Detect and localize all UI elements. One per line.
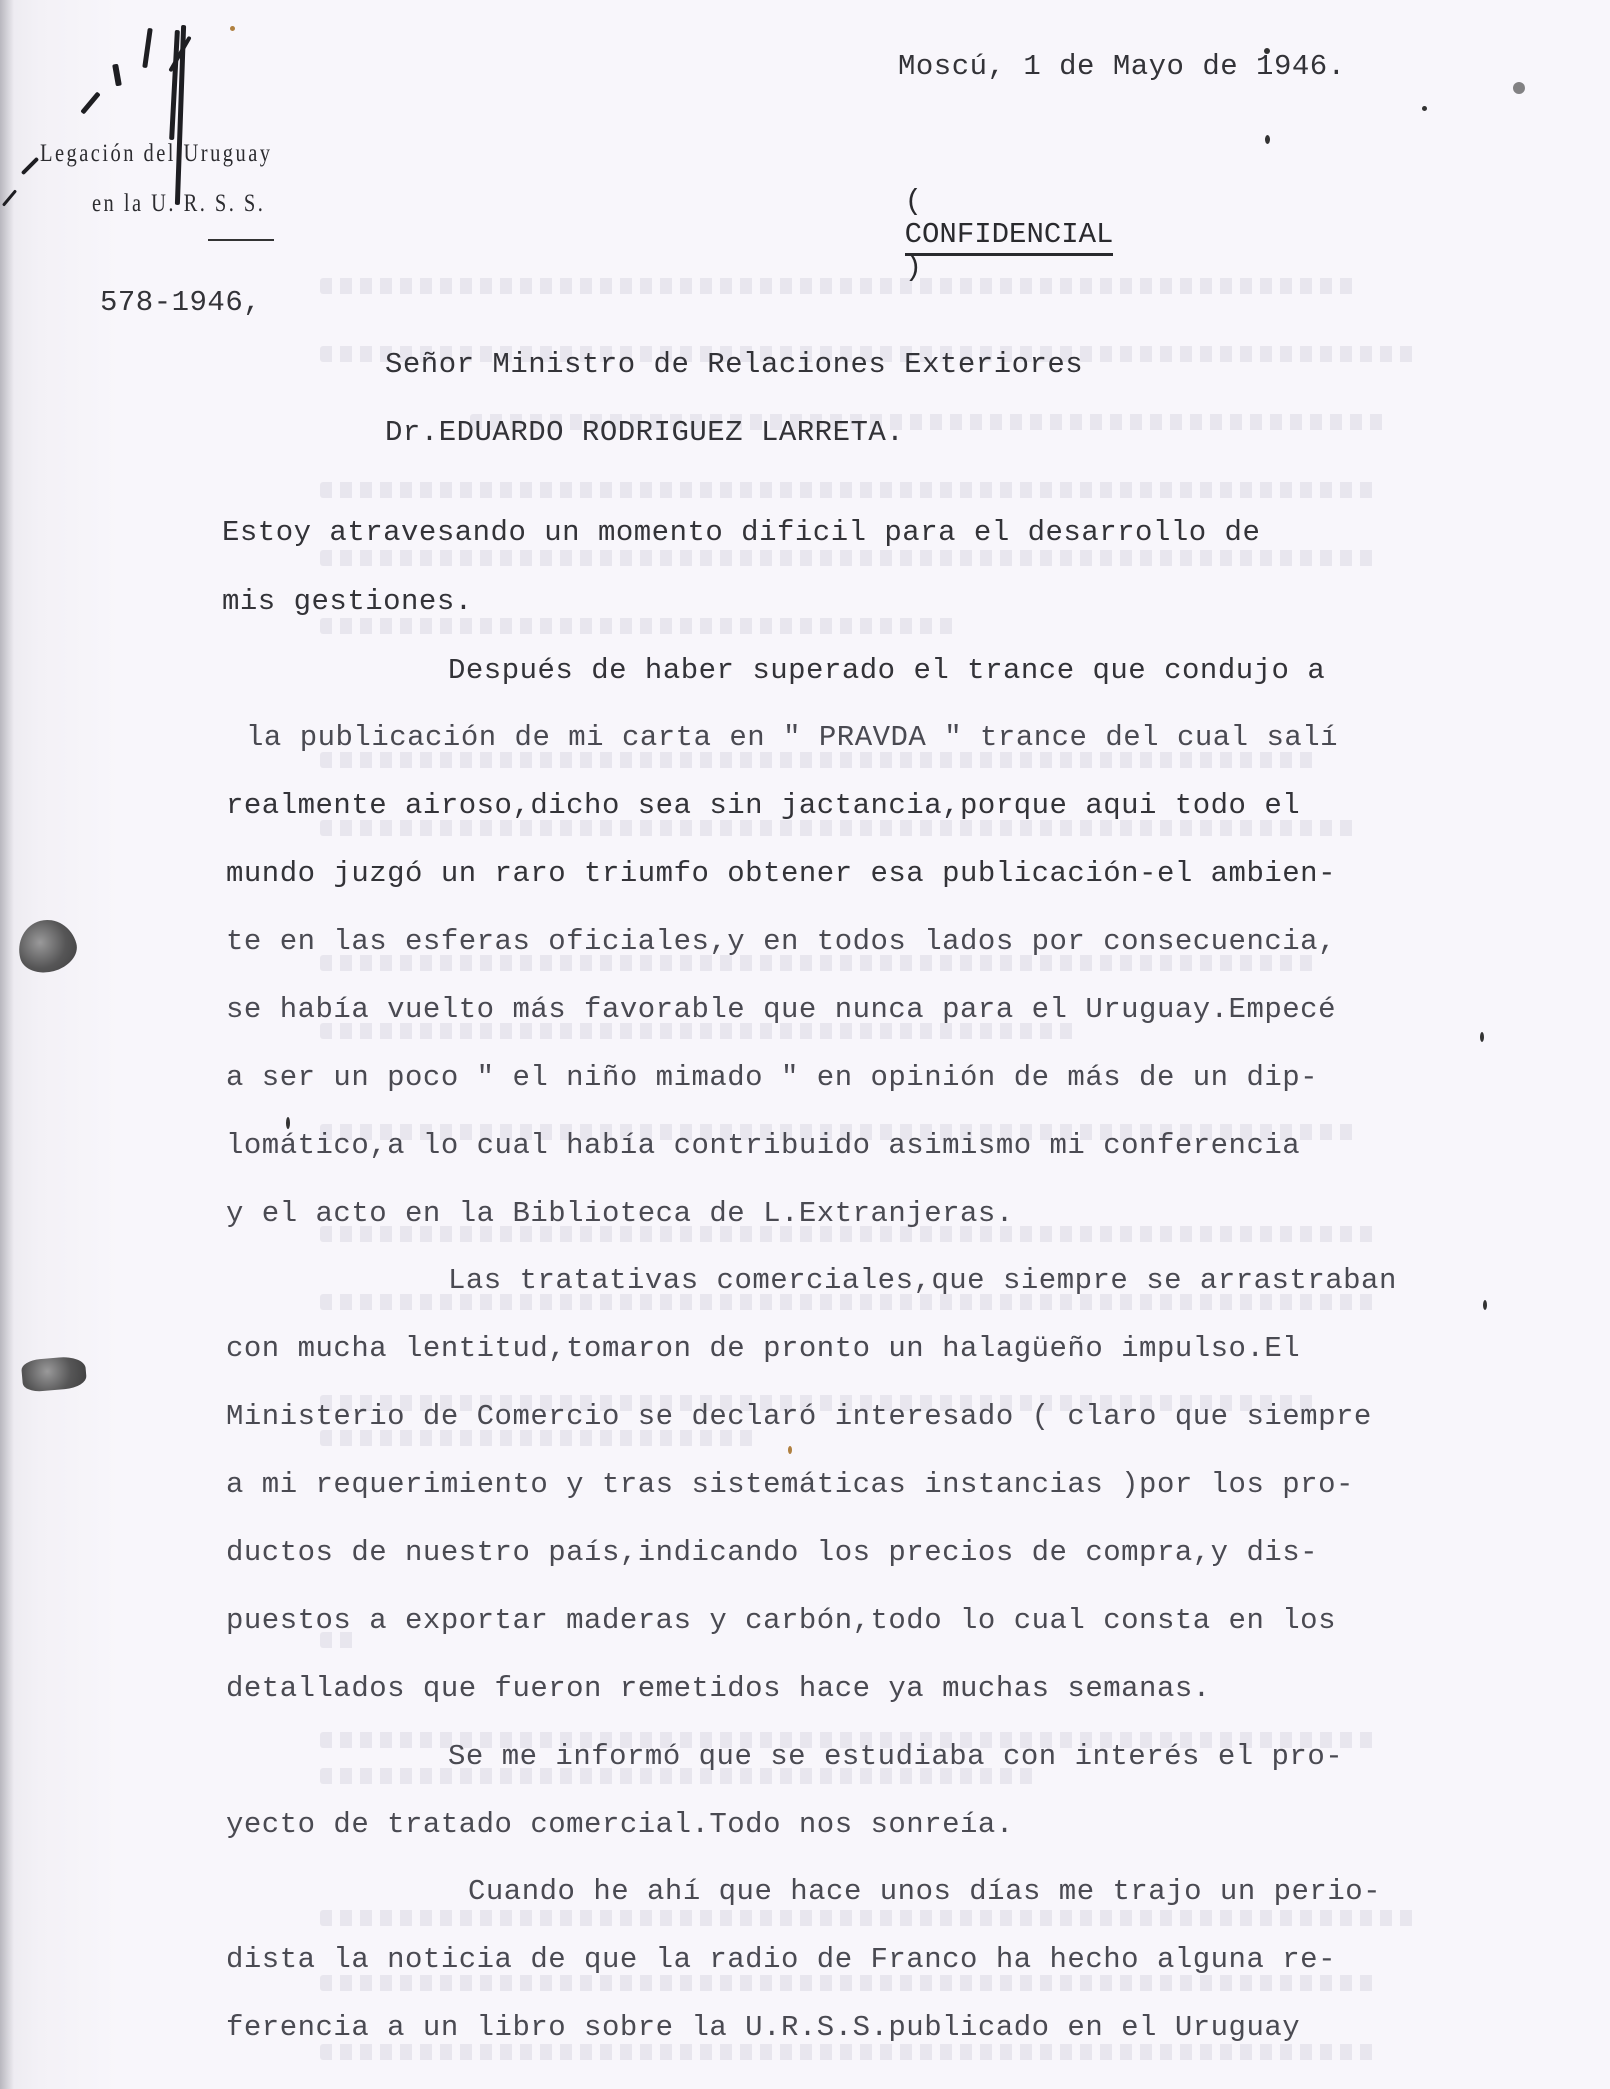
body-line: con mucha lentitud,tomaron de pronto un … — [226, 1334, 1300, 1363]
recipient-title: Señor Ministro de Relaciones Exteriores — [385, 350, 1083, 379]
scan-speck — [230, 26, 235, 31]
bleed-through-line — [320, 482, 1380, 498]
body-line: ferencia a un libro sobre la U.R.S.S.pub… — [226, 2013, 1300, 2042]
scan-speck — [1480, 1032, 1484, 1042]
bleed-through-line — [320, 1975, 1380, 1991]
body-line: Se me informó que se estudiaba con inter… — [448, 1742, 1343, 1771]
letterhead-divider — [208, 239, 274, 241]
classification-open-paren: ( — [905, 185, 922, 218]
scan-speck — [1264, 48, 1270, 54]
body-line: te en las esferas oficiales,y en todos l… — [226, 927, 1336, 956]
scan-speck — [1513, 82, 1525, 94]
body-line: a ser un poco " el niño mimado " en opin… — [226, 1063, 1318, 1092]
body-line: Las tratativas comerciales,que siempre s… — [448, 1266, 1397, 1295]
scan-speck — [788, 1446, 792, 1454]
body-line: se había vuelto más favorable que nunca … — [226, 995, 1336, 1024]
body-line: ductos de nuestro país,indicando los pre… — [226, 1538, 1318, 1567]
body-line: Después de haber superado el trance que … — [448, 656, 1325, 685]
punch-hole-mark — [21, 1355, 88, 1392]
body-line: mundo juzgó un raro triumfo obtener esa … — [226, 859, 1336, 888]
bleed-through-line — [320, 2044, 1380, 2060]
body-line: Estoy atravesando un momento dificil par… — [222, 518, 1260, 547]
body-line: Cuando he ahí que hace unos días me traj… — [468, 1877, 1381, 1906]
letterhead-legation: Legación del Uruguay — [40, 140, 272, 168]
scan-speck — [1265, 135, 1270, 144]
scan-speck — [286, 1117, 290, 1129]
bleed-through-line — [320, 820, 1360, 836]
body-line: realmente airoso,dicho sea sin jactancia… — [226, 791, 1300, 820]
scan-speck — [1422, 106, 1427, 111]
body-line: lomático,a lo cual había contribuido asi… — [226, 1131, 1300, 1160]
bleed-through-line — [320, 618, 960, 634]
pen-mark — [21, 157, 39, 175]
place-date: Moscú, 1 de Mayo de 1946. — [898, 52, 1346, 81]
classification-close-paren: ) — [905, 251, 922, 284]
pen-mark — [142, 28, 153, 68]
punch-hole-mark — [12, 913, 81, 978]
body-line: a mi requerimiento y tras sistemáticas i… — [226, 1470, 1354, 1499]
body-line: y el acto en la Biblioteca de L.Extranje… — [226, 1199, 1014, 1228]
classification-label: CONFIDENCIAL — [905, 218, 1114, 256]
scanned-letter-page: Legación del Uruguay en la U. R. S. S. M… — [0, 0, 1610, 2089]
body-line: dista la noticia de que la radio de Fran… — [226, 1945, 1336, 1974]
scan-speck — [1483, 1300, 1487, 1310]
body-line: mis gestiones. — [222, 587, 473, 616]
bleed-through-line — [320, 752, 1320, 768]
body-line: Ministerio de Comercio se declaró intere… — [226, 1402, 1372, 1431]
recipient-name: Dr.EDUARDO RODRIGUEZ LARRETA. — [385, 418, 904, 447]
scan-edge-shadow — [0, 0, 14, 2089]
bleed-through-line — [320, 1910, 1420, 1926]
reference-number: 578-1946, — [100, 288, 261, 317]
bleed-through-line — [320, 550, 1380, 566]
body-line: puestos a exportar maderas y carbón,todo… — [226, 1606, 1336, 1635]
body-line: yecto de tratado comercial.Todo nos sonr… — [226, 1810, 1014, 1839]
letterhead-ussr: en la U. R. S. S. — [92, 190, 265, 218]
classification-marking: ( CONFIDENCIAL ) — [835, 152, 1113, 317]
body-line: detallados que fueron remetidos hace ya … — [226, 1674, 1211, 1703]
body-line: la publicación de mi carta en " PRAVDA "… — [246, 723, 1338, 752]
pen-mark — [112, 64, 122, 87]
pen-mark — [80, 91, 101, 114]
